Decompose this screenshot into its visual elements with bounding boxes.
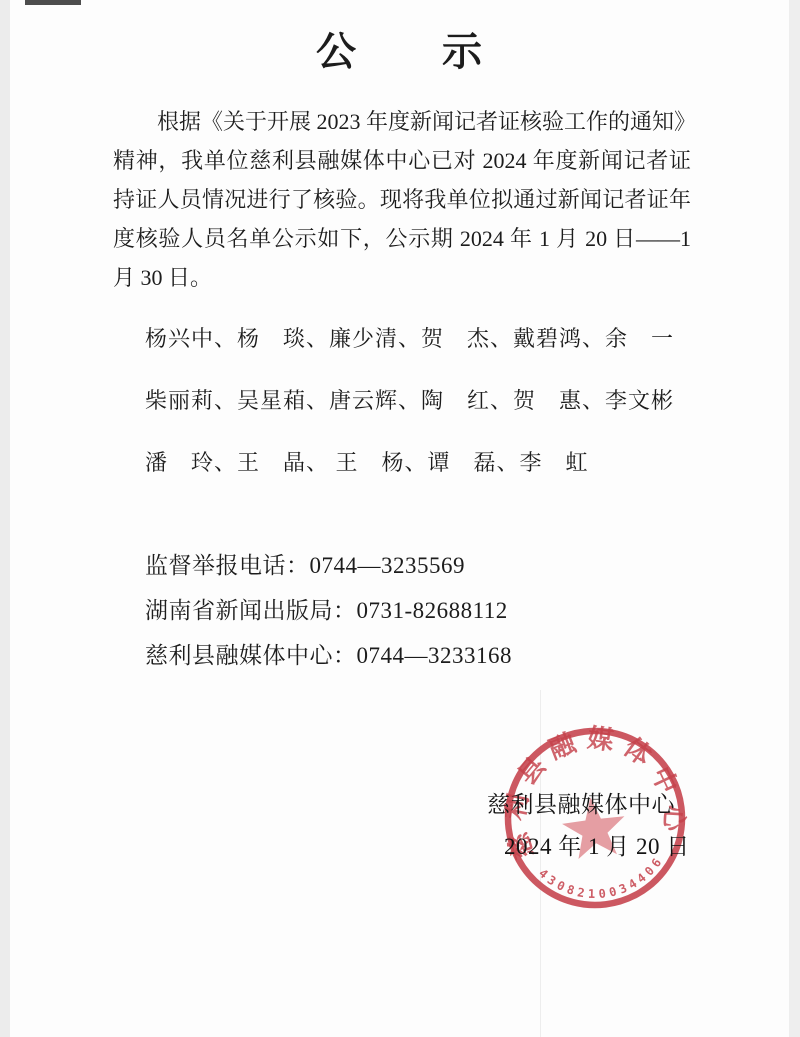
- supervision-contacts: 监督举报电话：0744—3235569 湖南省新闻出版局：0731-826881…: [145, 552, 665, 687]
- name-list-row: 潘 玲、王 晶、 王 杨、谭 磊、李 虹: [145, 450, 705, 475]
- scanned-document-page: 公 示 根据《关于开展 2023 年度新闻记者证核验工作的通知》 精神，我单位慈…: [0, 0, 800, 1037]
- scan-artifact-bar: [25, 0, 81, 5]
- name-list-row: 杨兴中、杨 琰、廉少清、贺 杰、戴碧鸿、余 一: [145, 326, 705, 351]
- paragraph-line: 度核验人员名单公示如下，公示期 2024 年 1 月 20 日——1: [113, 219, 691, 258]
- paragraph-line: 根据《关于开展 2023 年度新闻记者证核验工作的通知》: [113, 102, 691, 141]
- paper-right-edge: [789, 0, 800, 1037]
- contact-line: 慈利县融媒体中心：0744—3233168: [145, 642, 665, 670]
- paragraph-line: 持证人员情况进行了核验。现将我单位拟通过新闻记者证年: [113, 180, 691, 219]
- name-list-row: 柴丽莉、吴星葙、唐云辉、陶 红、贺 惠、李文彬: [145, 388, 705, 413]
- signature-date: 2024 年 1 月 20 日: [504, 828, 690, 861]
- paper-left-edge: [0, 0, 10, 1037]
- paragraph-line: 精神，我单位慈利县融媒体中心已对 2024 年度新闻记者证: [113, 141, 691, 180]
- paragraph-line: 月 30 日。: [113, 258, 691, 297]
- contact-line: 监督举报电话：0744—3235569: [145, 552, 665, 580]
- document-title: 公 示: [0, 20, 800, 77]
- notice-paragraph: 根据《关于开展 2023 年度新闻记者证核验工作的通知》 精神，我单位慈利县融媒…: [113, 102, 691, 297]
- contact-line: 湖南省新闻出版局：0731-82688112: [145, 597, 665, 625]
- signature-organization: 慈利县融媒体中心: [487, 786, 675, 819]
- approved-name-list: 杨兴中、杨 琰、廉少清、贺 杰、戴碧鸿、余 一 柴丽莉、吴星葙、唐云辉、陶 红、…: [145, 326, 705, 512]
